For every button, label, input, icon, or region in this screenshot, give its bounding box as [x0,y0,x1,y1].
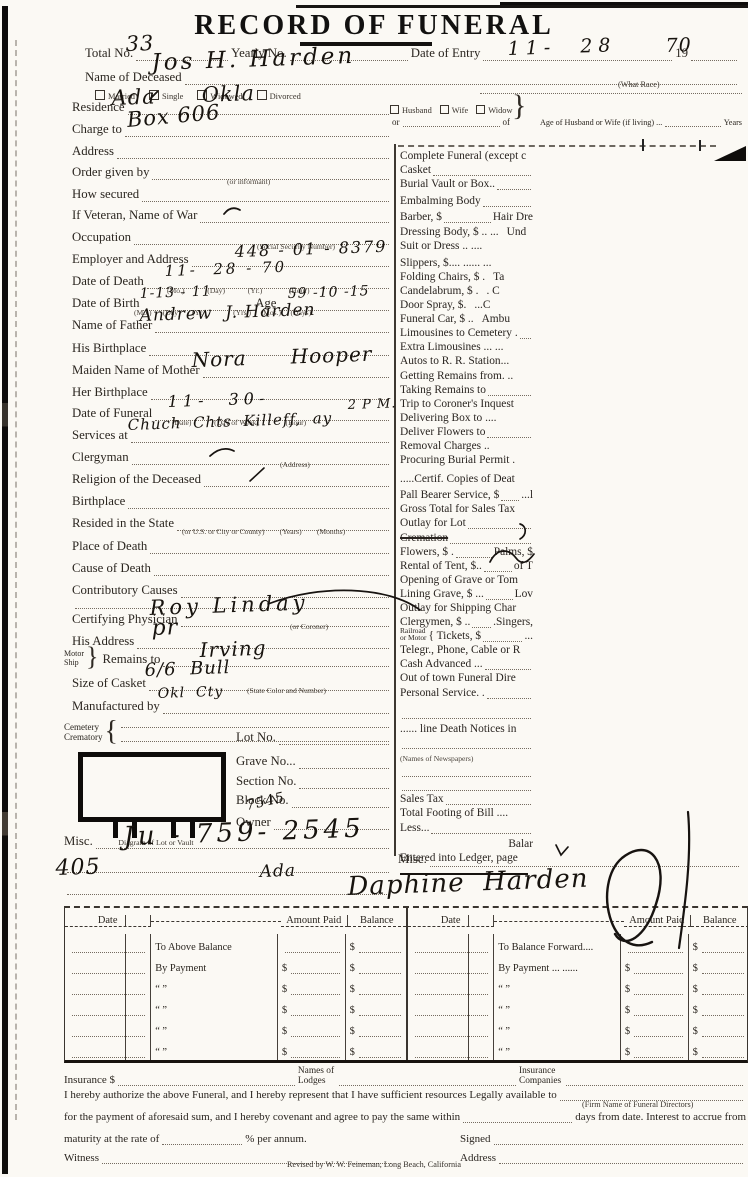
balance-cell: $ [346,955,406,976]
dotted-line [359,941,401,953]
dotted-line [415,1025,488,1037]
charge-item: Flowers, $ .Palms, $ [400,544,533,558]
charge-item: Casket [400,162,533,176]
charge-item: Total Footing of Bill .... [400,805,533,819]
dotted-line [494,1130,743,1145]
table-row: “ ”$$ [65,1039,406,1060]
amount-paid-cell: $ [278,1039,346,1060]
dotted-line [497,178,531,190]
authorization-line3: maturity at the rate of % per annum. [64,1128,394,1145]
balance-cell: $ [689,1018,748,1039]
or-label: or [392,117,400,127]
table-header-cell [494,921,624,922]
dotted-line [72,1046,145,1058]
balance-cell: $ [689,976,748,997]
table-row: “ ”$$ [408,997,748,1018]
charge-item: Clergymen, $ ...Singers, [400,614,533,628]
field-row-cause-of-death: Cause of Death [72,559,392,576]
field-row-birthplace: Birthplace [72,492,392,509]
dotted-line [359,962,401,974]
table-row: By Payment$$ [65,955,406,976]
scan-tick-mark [699,140,701,151]
scan-tick-mark [642,139,644,151]
scanned-funeral-record: RECORD OF FUNERAL Total No. Yearly No. D… [0,0,748,1177]
balance-cell: $ [346,1039,406,1060]
dotted-line [702,1046,744,1058]
handwriting-405: 405 [55,854,101,881]
of-label: of [503,117,511,127]
date-of-entry-label: Date of Entry [411,46,481,61]
date-cell [65,1018,151,1039]
dotted-line [691,46,737,61]
table-header-cell [151,921,281,922]
charge-item: ...... line Death Notices in [400,721,533,735]
charge-item: Extra Limousines ... ... [400,339,533,353]
dotted-line [402,779,531,791]
amount-paid-cell: $ [621,976,689,997]
balance-cell: $ [346,1018,406,1039]
charge-item [400,777,533,791]
charge-item: Outlay for Lot [400,515,533,529]
dotted-line [415,962,488,974]
dotted-line [433,164,531,176]
dotted-line [487,687,531,699]
handwriting-his-address: pr [151,615,178,641]
field-row-place-of-death: Place of Death [72,537,392,554]
charge-item: Complete Funeral (except c [400,148,533,162]
blank-dotted-row [64,856,392,873]
charge-item: Removal Charges .. [400,438,533,452]
amount-paid-cell: $ [278,1018,346,1039]
dotted-line [291,1046,340,1058]
cemetery-crematory-stack: CemeteryCrematory [64,722,103,742]
table-header-cell: Date [408,915,494,927]
lot-diagram [78,752,226,822]
dotted-line [463,1108,572,1123]
motor-ship-stack: MotorShip [64,650,84,667]
dotted-line [291,1025,340,1037]
date-cell [408,1018,494,1039]
date-cell [65,976,151,997]
balance-cell: $ [346,997,406,1018]
amount-paid-cell: $ [621,1018,689,1039]
spouse-age-label: Age of Husband or Wife (if living) ... [540,118,662,127]
dotted-line [67,858,389,873]
scan-corner-wedge [714,146,746,161]
charge-item: Trip to Coroner's Inquest [400,396,533,410]
dotted-line [468,517,531,529]
authorization-line1: I hereby authorize the above Funeral, an… [64,1084,746,1101]
description-cell: By Payment ... ...... [494,955,621,976]
field-row-charge-to: Charge to [72,120,392,137]
dotted-line [560,1086,743,1101]
table-row: “ ”$$ [408,976,748,997]
amount-paid-cell: $ [278,955,346,976]
table-header-cell: Date [65,915,151,927]
handwriting-date-of-birth: 1-13 - 11 [139,284,211,302]
dotted-line [291,983,340,995]
table-row: “ ”$$ [408,1018,748,1039]
dotted-line [634,983,683,995]
dotted-line [415,983,488,995]
charge-item: Lining Grave, $ ...Lov [400,586,533,600]
dotted-line [702,1025,744,1037]
description-cell: “ ” [151,997,278,1018]
payment-table-right-half: DateAmount PaidBalanceTo Balance Forward… [406,908,748,1060]
charge-item: Out of town Funeral Dire [400,670,533,684]
dotted-line [665,112,720,127]
amount-paid-cell: $ [621,1039,689,1060]
payment-table-left-half: DateAmount PaidBalanceTo Above Balance$B… [65,908,406,1060]
charge-item: Delivering Box to .... [400,410,533,424]
dotted-line [702,941,744,953]
table-row: “ ”$$ [65,997,406,1018]
dotted-line [487,426,531,438]
brace: } [86,647,98,667]
dotted-line [72,1004,145,1016]
charge-item: Personal Service. . [400,684,533,698]
charge-item: Cash Advanced ... [400,656,533,670]
handwriting-size-of-casket: 6/6 Bull [144,657,230,681]
dotted-line [520,327,531,339]
dotted-line [279,730,389,745]
dotted-line [450,532,531,544]
field-row-clergyman: Clergyman(Address) [72,448,392,465]
handwriting-entry-date: 11- 28 [507,34,617,60]
dotted-line [285,941,340,953]
form-footer: Revised by W. W. Feineman, Long Beach, C… [0,1160,748,1169]
payment-table: DateAmount PaidBalanceTo Above Balance$B… [64,906,748,1063]
charge-item: Barber, $Hair Dre [400,209,533,223]
dotted-line [117,144,389,159]
table-header-cell: Amount Paid [624,915,690,927]
field-row-religion: Religion of the Deceased [72,470,392,487]
charge-item: Autos to R. R. Station... [400,353,533,367]
dotted-line [291,1004,340,1016]
field-row-how-secured: How secured [72,185,392,202]
description-cell: “ ” [494,1039,621,1060]
dotted-line [483,630,522,642]
charge-item: Getting Remains from. .. [400,367,533,381]
dotted-line [359,1004,401,1016]
dotted-line [154,561,389,576]
charge-item: Balar [400,835,533,849]
column-divider-line [394,144,396,856]
charge-item: Burial Vault or Box.. [400,176,533,190]
dotted-line [359,1046,401,1058]
charge-item: Slippers, $.... ...... ... [400,255,533,269]
date-cell [408,976,494,997]
table-row: “ ”$$ [408,1039,748,1060]
charge-item: Sales Tax [400,791,533,805]
field-row-size-of-casket: Size of Casket(State Color and Number) [72,674,392,691]
charge-item: Railroador Motor{ Tickets, $... [400,628,533,642]
date-cell [408,955,494,976]
what-race-label: (What Race) [618,80,660,89]
field-row-resided: Resided in the State(or U.S. or City or … [72,514,392,531]
scan-top-line [296,5,748,8]
brace: { [105,722,118,742]
dotted-line [446,793,531,805]
dotted-line [483,195,531,207]
dotted-line [486,588,513,600]
date-cell [408,1039,494,1060]
dotted-line [402,765,531,777]
charge-item: (Names of Newspapers) [400,749,533,763]
dotted-line [415,1004,488,1016]
charge-item [400,735,533,749]
date-cell [408,934,494,955]
dotted-line [702,983,744,995]
scan-binding-bar [2,6,8,1174]
charge-item: Telegr., Phone, Cable or R [400,642,533,656]
dotted-line [152,165,389,180]
dotted-line [359,983,401,995]
lot-no-row: Lot No. [236,728,392,745]
amount-paid-cell [278,934,346,955]
charge-item [400,705,533,719]
handwriting-manufactured-by: Okl Cty [157,684,223,702]
field-row-address: Address [72,142,392,159]
dotted-line [402,707,531,719]
balance-cell: $ [689,997,748,1018]
charge-item: Rental of Tent, $..of T [400,558,533,572]
charge-item: Folding Chairs, $ .Ta [400,269,533,283]
amount-paid-cell: $ [621,955,689,976]
dotted-line [163,699,389,714]
handwriting-ada: Ada [259,861,296,882]
dotted-line [121,714,389,728]
description-cell: “ ” [151,976,278,997]
balance-cell: $ [346,976,406,997]
date-cell [408,997,494,1018]
description-cell: “ ” [151,1039,278,1060]
scan-perforation-dashes [15,40,17,1120]
amount-paid-cell: $ [278,976,346,997]
dotted-line [628,941,683,953]
date-cell [65,997,151,1018]
dotted-line [472,616,491,628]
dotted-line [634,1004,683,1016]
charge-item: Limousines to Cemetery . [400,325,533,339]
signed-row: Signed [460,1128,746,1145]
dotted-line [485,658,531,670]
dotted-line [702,1004,744,1016]
lodges-label: Names ofLodges [298,1066,334,1086]
date-cell [65,955,151,976]
spouse-age-row: Age of Husband or Wife (if living) ... Y… [540,110,742,127]
charge-item: Suit or Dress .. .... [400,238,533,252]
charge-item: Cremation [400,529,533,543]
amount-paid-cell: $ [278,997,346,1018]
charge-item: Embalming Body [400,193,533,207]
table-row: “ ”$$ [65,1018,406,1039]
charge-item: Outlay for Shipping Char [400,600,533,614]
dotted-line [501,489,519,501]
date-cell [65,934,151,955]
charge-item: .....Certif. Copies of Deat [400,471,533,485]
grave-no-row: Grave No... [236,752,392,769]
field-row-veteran: If Veteran, Name of War [72,206,392,223]
spouse-brace: } [512,96,526,116]
description-cell: To Above Balance [151,934,278,955]
description-cell: “ ” [494,1018,621,1039]
table-row: By Payment ... ......$$ [408,955,748,976]
amount-paid-cell: $ [621,997,689,1018]
dotted-line [634,1025,683,1037]
railroad-motor-stack: Railroador Motor [400,628,426,642]
balance-cell: $ [346,934,406,955]
charge-item: Less... [400,820,533,834]
date-cell [65,1039,151,1060]
dotted-line [456,546,492,558]
charge-item: Gross Total for Sales Tax [400,501,533,515]
dotted-line [67,880,389,895]
dotted-line [484,560,512,572]
charges-column: Complete Funeral (except cCasketBurial V… [400,148,533,881]
companies-label: InsuranceCompanies [519,1066,561,1086]
dotted-line [702,962,744,974]
field-row-manufactured-by: Manufactured by [72,697,392,714]
authorization-line2: for the payment of aforesaid sum, and I … [64,1106,746,1123]
table-header-cell: Balance [691,915,748,927]
insurance-row: Insurance $ Names ofLodges InsuranceComp… [64,1062,746,1086]
dotted-line [132,450,389,465]
dotted-line [142,187,389,202]
handwriting-entry-year: 70 [665,34,692,57]
dotted-line [291,962,340,974]
dotted-line [72,962,145,974]
charge-item: Deliver Flowers to [400,424,533,438]
table-row: To Above Balance$ [65,934,406,955]
table-row: To Balance Forward....$ [408,934,748,955]
balance-cell: $ [689,955,748,976]
dotted-line [72,941,145,953]
description-cell: “ ” [151,1018,278,1039]
handwriting-funeral-date: 11- 30- [167,388,269,411]
handwriting-age: 59 -10 -15 [287,283,369,302]
dotted-line [150,539,389,554]
charge-item: Opening of Grave or Tom [400,572,533,586]
dotted-line [72,1025,145,1037]
table-row: “ ”$$ [65,976,406,997]
charge-item: Candelabrum, $ .. C [400,283,533,297]
description-cell: By Payment [151,955,278,976]
dotted-line [204,472,389,487]
dotted-line [431,822,531,834]
dotted-line [72,983,145,995]
dotted-line [292,793,389,808]
charge-item [400,763,533,777]
dotted-line [634,962,683,974]
dotted-line [415,941,488,953]
scan-top-line-dark [500,2,748,5]
dotted-line [403,112,500,127]
page-title: RECORD OF FUNERAL [0,10,748,42]
charge-item: Pall Bearer Service, $...l [400,487,533,501]
dotted-line [402,737,531,749]
charge-item: Taking Remains to [400,382,533,396]
handwriting-funeral-hour: 2 P M. [347,396,396,413]
description-cell: “ ” [494,997,621,1018]
dotted-line [444,211,491,223]
section-no-row: Section No. [236,772,392,789]
table-header-cell: Amount Paid [281,915,347,927]
dotted-line [200,208,389,223]
scan-dashed-row [398,145,716,147]
charge-item: Dressing Body, $ .. ...Und [400,223,533,237]
amount-paid-cell [621,934,689,955]
charge-item: Funeral Car, $ ..Ambu [400,311,533,325]
years-label: Years [724,118,742,127]
blank-dotted-row [64,878,392,895]
charge-item: Procuring Burial Permit . [400,452,533,466]
description-cell: “ ” [494,976,621,997]
dotted-line [359,1025,401,1037]
dotted-line [415,1046,488,1058]
description-cell: To Balance Forward.... [494,934,621,955]
dotted-line [634,1046,683,1058]
field-row-order-given-by: Order given by(or informant) [72,163,392,180]
table-header-cell: Balance [348,915,406,927]
dotted-line [299,774,389,789]
balance-cell: $ [689,934,748,955]
dotted-line [299,754,389,769]
balance-cell: $ [689,1039,748,1060]
dotted-line [128,494,389,509]
spouse-of-row: or of [392,110,510,127]
charge-item: Door Spray, $....C [400,297,533,311]
dotted-line [488,384,531,396]
dotted-line [162,1130,242,1145]
